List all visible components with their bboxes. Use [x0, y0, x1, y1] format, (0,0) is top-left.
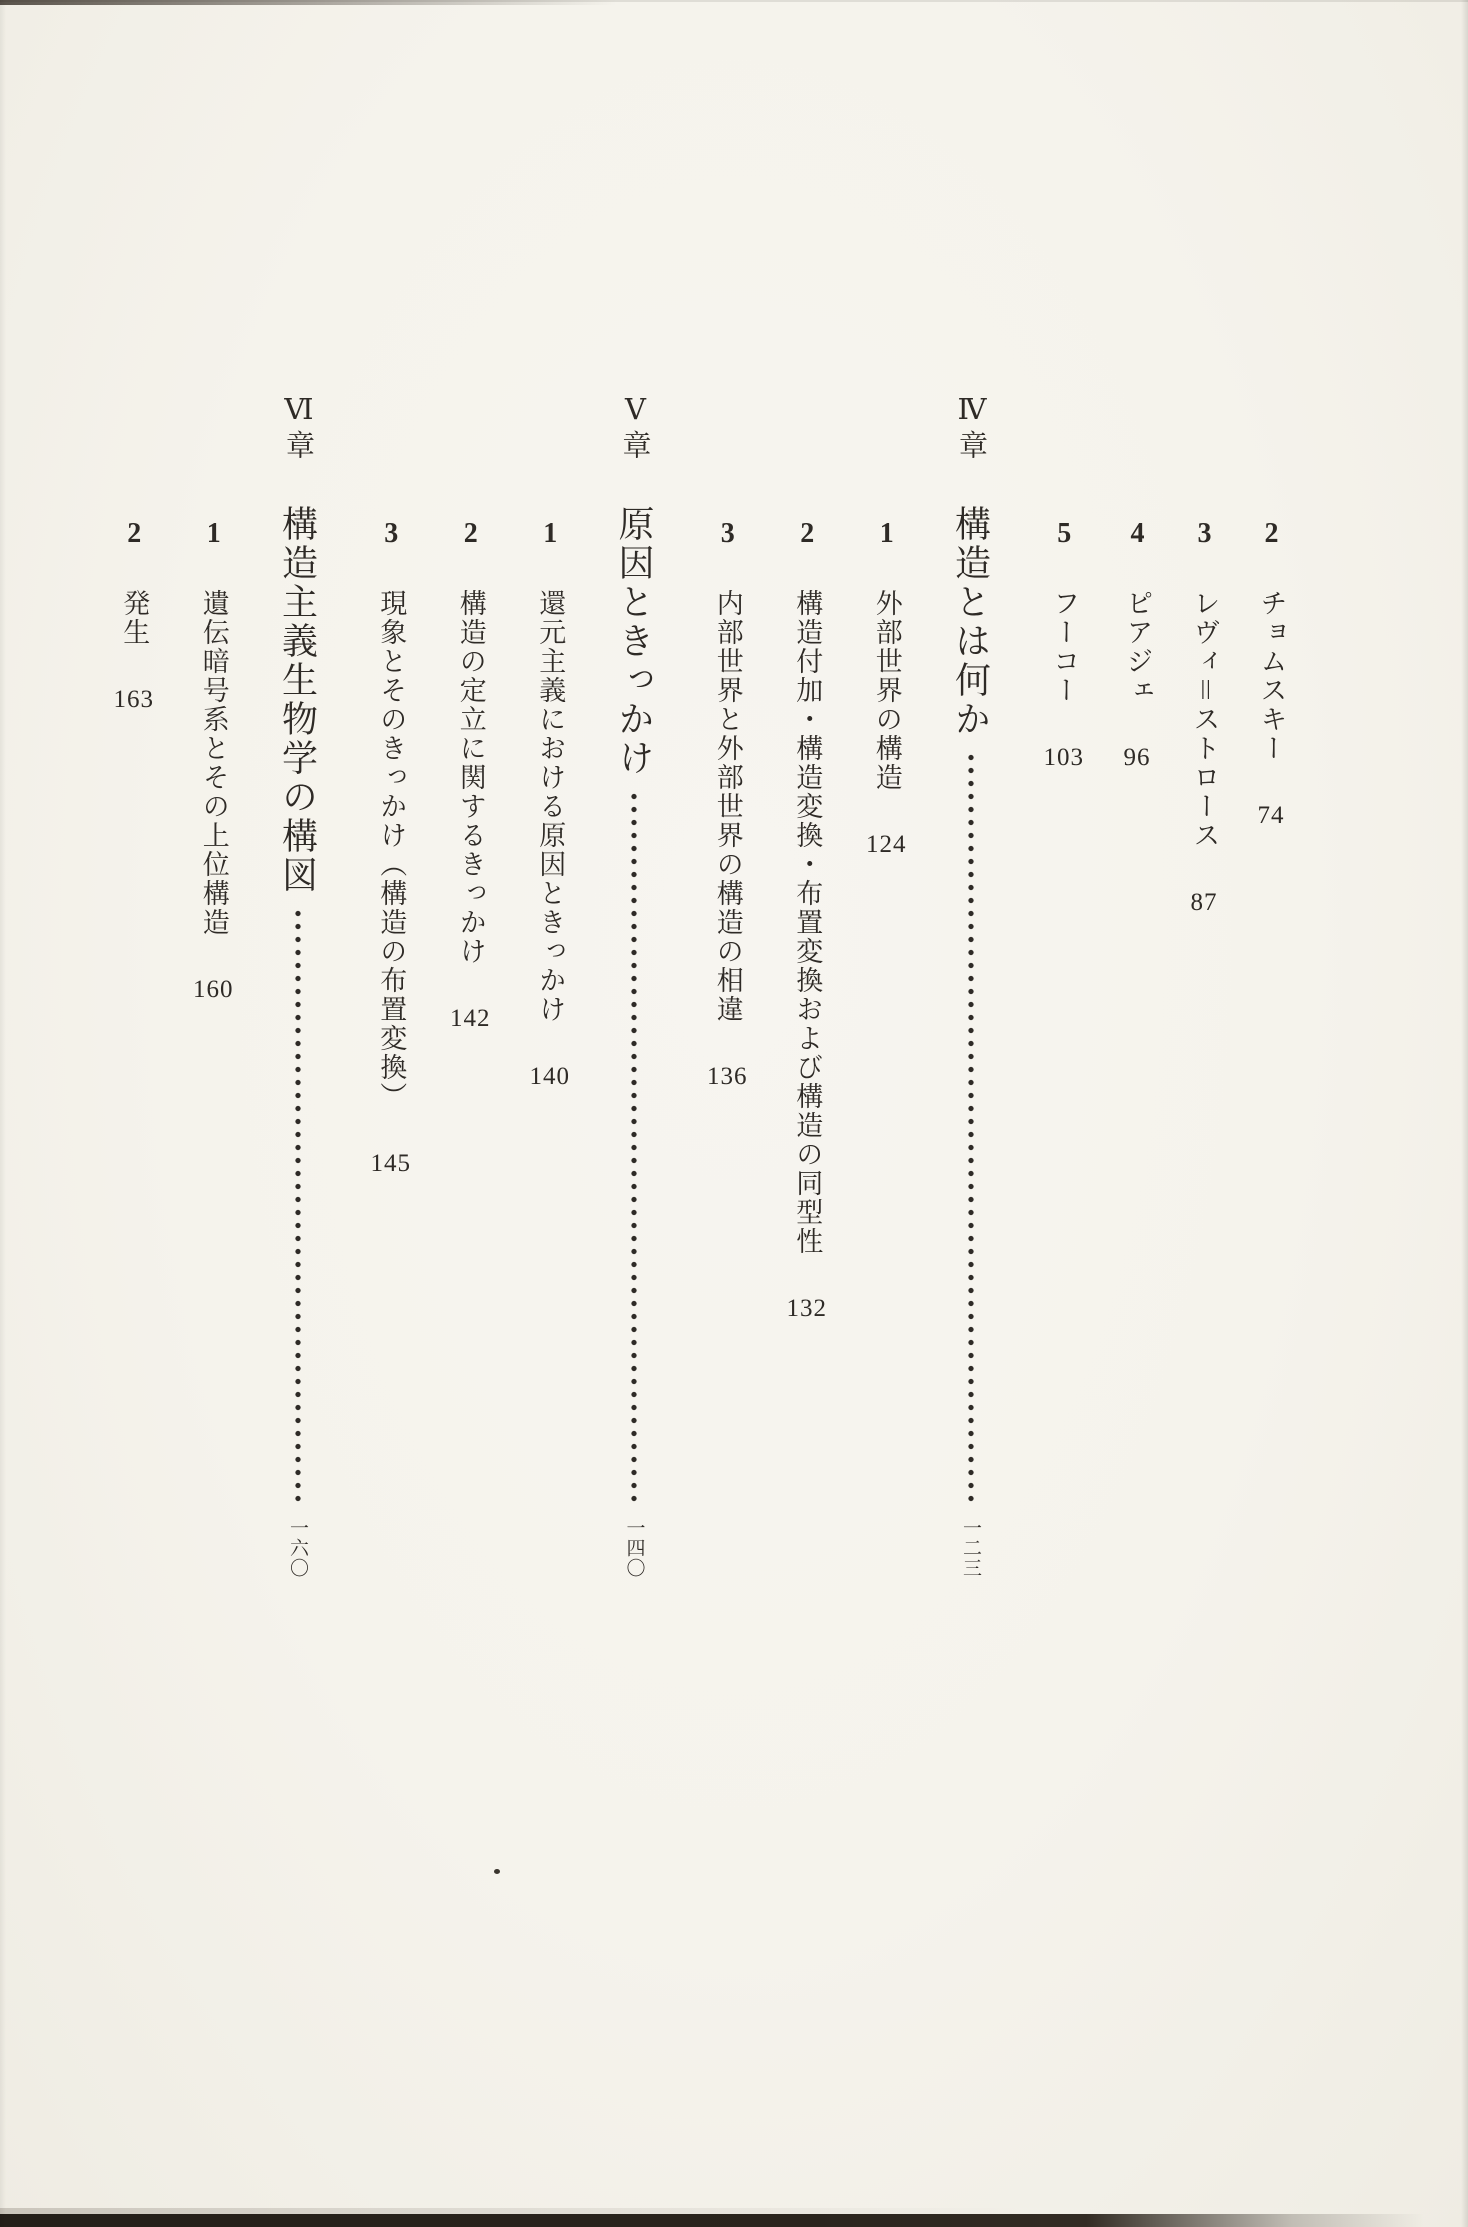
section-number: 3 [377, 518, 405, 549]
toc-entry-section: 2発生163 [114, 392, 155, 1578]
section-title: フーコー [1050, 589, 1077, 705]
scan-edge-right-shade [1461, 0, 1468, 2227]
toc-entry-chapter: Ⅵ章構造主義生物学の構図一六〇 [280, 392, 316, 1578]
toc-entry-section: 3内部世界と外部世界の構造の相違136 [707, 392, 748, 1578]
section-title: チョムスキー [1258, 589, 1285, 763]
chapter-page-number-kanji: 一二三 [961, 1518, 980, 1578]
toc-entry-section: 3レヴィ＝ストロース87 [1190, 392, 1218, 1578]
toc-entry-section: 2チョムスキー74 [1257, 392, 1285, 1578]
toc-entry-section: 4ピアジェ96 [1123, 392, 1151, 1578]
section-number: 4 [1123, 518, 1151, 549]
chapter-title: 構造とは何か [953, 505, 989, 739]
chapter-number-label: Ⅵ章 [283, 392, 312, 463]
section-number: 2 [1257, 518, 1285, 549]
toc-entry-section: 1外部世界の構造124 [866, 392, 907, 1578]
dotted-leader [953, 751, 989, 1504]
chapter-page-number-kanji: 一六〇 [288, 1518, 307, 1578]
section-number: 2 [793, 518, 821, 549]
toc-entry-section: 2構造付加・構造変換・布置変換および構造の同型性132 [787, 392, 828, 1578]
section-title: ピアジェ [1124, 589, 1151, 705]
toc: 2チョムスキー743レヴィ＝ストロース874ピアジェ965フーコー103Ⅳ章構造… [75, 392, 1286, 1578]
section-page-number: 124 [866, 832, 907, 857]
section-number: 1 [536, 518, 564, 549]
dotted-leader [616, 790, 652, 1504]
toc-entry-section: 5フーコー103 [1044, 392, 1085, 1578]
section-number: 3 [713, 518, 741, 549]
toc-entry-chapter: Ⅳ章構造とは何か一二三 [953, 392, 989, 1578]
section-page-number: 103 [1044, 745, 1085, 770]
section-page-number: 163 [114, 687, 155, 712]
dotted-leader [280, 907, 316, 1504]
section-page-number: 87 [1191, 890, 1218, 915]
section-title: 外部世界の構造 [873, 589, 900, 792]
section-page-number: 142 [450, 1006, 491, 1031]
toc-entry-section: 3現象とそのきっかけ（構造の布置変換）145 [371, 392, 412, 1578]
section-page-number: 132 [787, 1296, 828, 1321]
chapter-title: 構造主義生物学の構図 [280, 505, 316, 895]
section-number: 3 [1190, 518, 1218, 549]
paper-speck [494, 1869, 500, 1874]
section-number: 1 [199, 518, 227, 549]
chapter-page-number-kanji: 一四〇 [625, 1518, 644, 1578]
chapter-title: 原因ときっかけ [616, 505, 652, 778]
toc-entry-chapter: Ⅴ章原因ときっかけ一四〇 [616, 392, 652, 1578]
section-number: 5 [1050, 518, 1078, 549]
scan-edge-left-shade [0, 0, 6, 2227]
section-page-number: 145 [371, 1151, 412, 1176]
scan-edge-bottom-shadow [0, 2214, 1468, 2227]
section-number: 2 [456, 518, 484, 549]
toc-entry-section: 2構造の定立に関するきっかけ142 [450, 392, 491, 1578]
section-number: 2 [120, 518, 148, 549]
toc-entry-section: 1還元主義における原因ときっかけ140 [530, 392, 571, 1578]
section-page-number: 74 [1258, 803, 1285, 828]
section-title: 現象とそのきっかけ（構造の布置変換） [377, 589, 404, 1111]
toc-entry-section: 1遺伝暗号系とその上位構造160 [193, 392, 234, 1578]
section-title: 還元主義における原因ときっかけ [536, 589, 563, 1024]
section-title: 発生 [120, 589, 147, 647]
section-page-number: 136 [707, 1064, 748, 1089]
section-title: 構造付加・構造変換・布置変換および構造の同型性 [793, 589, 820, 1256]
section-page-number: 160 [193, 977, 234, 1002]
scanned-toc-page: 2チョムスキー743レヴィ＝ストロース874ピアジェ965フーコー103Ⅳ章構造… [0, 0, 1468, 2227]
section-title: 遺伝暗号系とその上位構造 [200, 589, 227, 937]
chapter-number-label: Ⅳ章 [956, 392, 985, 463]
section-page-number: 140 [530, 1064, 571, 1089]
section-title: レヴィ＝ストロース [1191, 589, 1218, 850]
section-title: 構造の定立に関するきっかけ [457, 589, 484, 966]
section-page-number: 96 [1124, 745, 1151, 770]
chapter-number-label: Ⅴ章 [620, 392, 649, 463]
section-title: 内部世界と外部世界の構造の相違 [714, 589, 741, 1024]
section-number: 1 [872, 518, 900, 549]
scan-edge-top-shadow [0, 0, 617, 5]
